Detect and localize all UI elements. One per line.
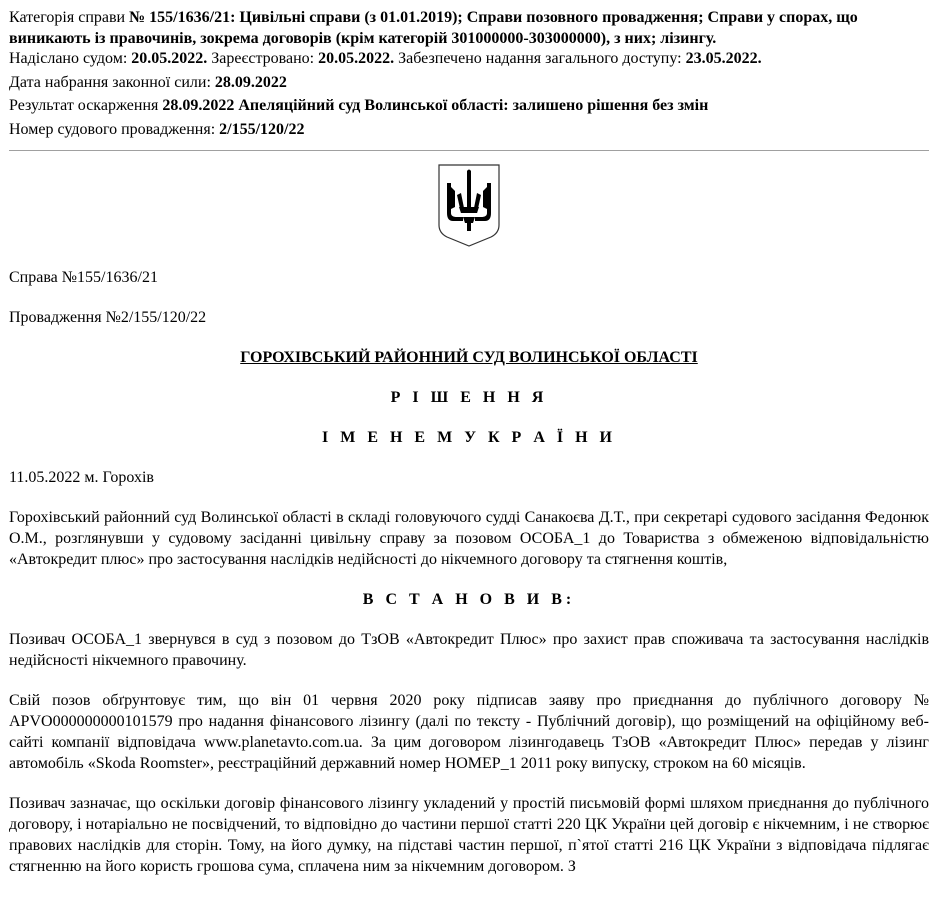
emblem-container: [9, 163, 929, 247]
body-paragraph: Позивач зазначає, що оскільки договір фі…: [9, 793, 929, 877]
date-and-place: 11.05.2022 м. Горохів: [9, 467, 929, 488]
sent-date: 20.05.2022.: [131, 50, 207, 67]
body-paragraph: Позивач ОСОБА_1 звернувся в суд з позово…: [9, 629, 929, 671]
case-category: Категорія справи № 155/1636/21: Цивільні…: [9, 8, 929, 49]
effective-date: Дата набрання законної сили: 28.09.2022: [9, 73, 929, 94]
intro-paragraph: Горохівський районний суд Волинської обл…: [9, 507, 929, 570]
category-value: № 155/1636/21: Цивільні справи (з 01.01.…: [9, 9, 858, 47]
appeal-value: 28.09.2022 Апеляційний суд Волинської об…: [162, 97, 708, 114]
established-title: В С Т А Н О В И В:: [9, 589, 929, 610]
body-paragraph: Свій позов обґрунтовує тим, що він 01 че…: [9, 690, 929, 774]
proceeding-number: Номер судового провадження: 2/155/120/22: [9, 120, 929, 141]
court-title: ГОРОХІВСЬКИЙ РАЙОННИЙ СУД ВОЛИНСЬКОЇ ОБЛ…: [9, 347, 929, 368]
court-decision-page: Категорія справи № 155/1636/21: Цивільні…: [0, 0, 938, 877]
registered-date: 20.05.2022.: [318, 50, 394, 67]
ukraine-coat-of-arms-trident-icon: [437, 163, 501, 247]
in-name-of-ukraine: І М Е Н Е М У К Р А Ї Н И: [9, 427, 929, 448]
case-dates: Надіслано судом: 20.05.2022. Зареєстрова…: [9, 49, 929, 70]
proceeding-value: 2/155/120/22: [219, 121, 304, 138]
decision-body: Справа №155/1636/21 Провадження №2/155/1…: [9, 267, 929, 877]
proceeding-number-text: Провадження №2/155/120/22: [9, 307, 929, 328]
sent-label: Надіслано судом:: [9, 50, 131, 67]
separator: [9, 150, 929, 151]
public-access-date: 23.05.2022.: [686, 50, 762, 67]
category-label: Категорія справи: [9, 9, 129, 26]
decision-title: Р І Ш Е Н Н Я: [9, 387, 929, 408]
case-metadata: Категорія справи № 155/1636/21: Цивільні…: [9, 8, 929, 140]
case-number: Справа №155/1636/21: [9, 267, 929, 288]
public-access-label: Забезпечено надання загального доступу:: [394, 50, 685, 67]
effective-label: Дата набрання законної сили:: [9, 74, 215, 91]
registered-label: Зареєстровано:: [207, 50, 318, 67]
proceeding-label: Номер судового провадження:: [9, 121, 219, 138]
effective-value: 28.09.2022: [215, 74, 287, 91]
appeal-label: Результат оскарження: [9, 97, 162, 114]
appeal-result: Результат оскарження 28.09.2022 Апеляцій…: [9, 96, 929, 117]
